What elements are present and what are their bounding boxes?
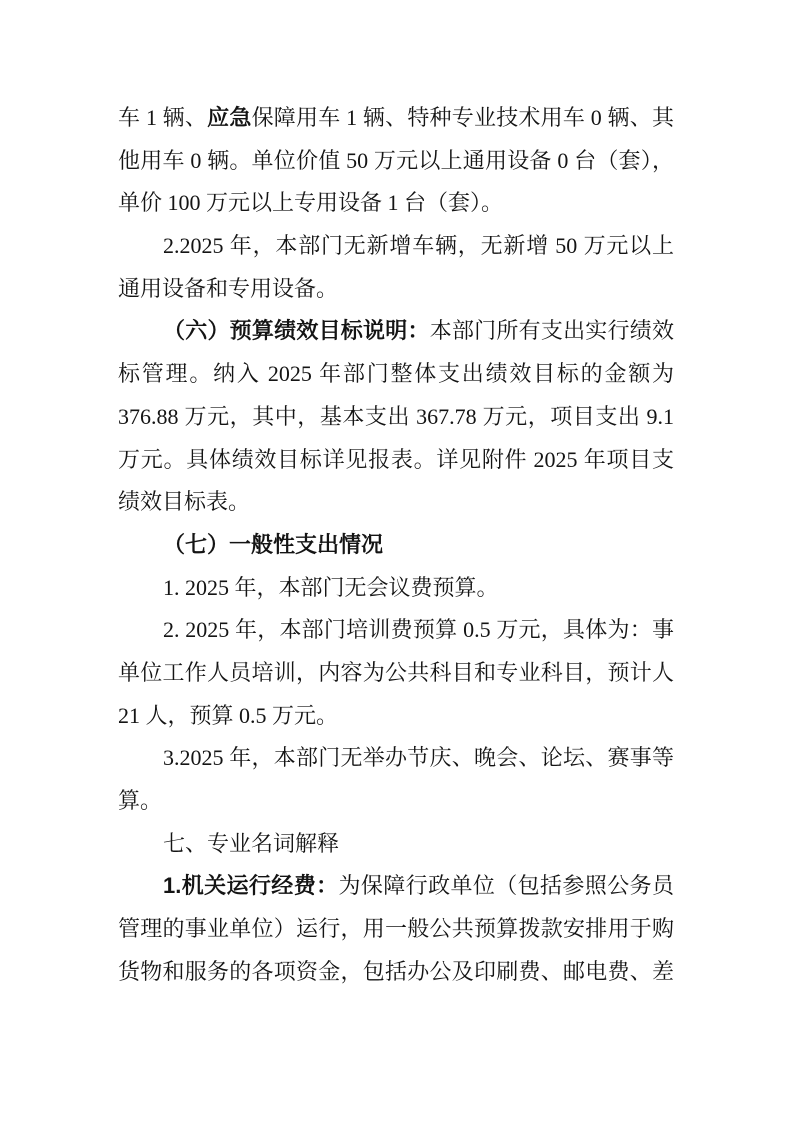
text-segment: 保障用车 1 辆、特种专业技术用车 0 辆、其 xyxy=(252,105,674,130)
text-line: 21 人，预算 0.5 万元。 xyxy=(118,695,674,738)
text-line: 七、专业名词解释 xyxy=(118,823,674,866)
text-line: 绩效目标表。 xyxy=(118,481,674,524)
text-line: 单价 100 万元以上专用设备 1 台（套）。 xyxy=(118,182,674,225)
text-segment: 管理的事业单位）运行，用一般公共预算拨款安排用于购买 xyxy=(118,916,674,951)
p-training-fee: 2. 2025 年，本部门培训费预算 0.5 万元，具体为：事业单位工作人员培训… xyxy=(118,609,674,737)
text-line: 3.2025 年，本部门无举办节庆、晚会、论坛、赛事等预 xyxy=(118,737,674,780)
text-line: 通用设备和专用设备。 xyxy=(118,268,674,311)
text-line: 他用车 0 辆。单位价值 50 万元以上通用设备 0 台（套）， xyxy=(118,140,674,183)
text-segment: 1. 2025 年，本部门无会议费预算。 xyxy=(163,575,499,600)
text-segment: 单位工作人员培训，内容为公共科目和专业科目，预计人数 xyxy=(118,660,674,695)
p-no-events: 3.2025 年，本部门无举办节庆、晚会、论坛、赛事等预算。 xyxy=(118,737,674,822)
text-segment: 标管理。纳入 2025 年部门整体支出绩效目标的金额为 xyxy=(118,361,674,386)
bold-term: 应急 xyxy=(207,105,251,130)
text-line: 2.2025 年，本部门无新增车辆，无新增 50 万元以上的 xyxy=(118,225,674,268)
text-segment: 单价 100 万元以上专用设备 1 台（套）。 xyxy=(118,190,503,215)
text-line: 1. 2025 年，本部门无会议费预算。 xyxy=(118,567,674,610)
text-line: 标管理。纳入 2025 年部门整体支出绩效目标的金额为 xyxy=(118,353,674,396)
p-meeting-fee: 1. 2025 年，本部门无会议费预算。 xyxy=(118,567,674,610)
text-line: 376.88 万元，其中，基本支出 367.78 万元，项目支出 9.1 xyxy=(118,396,674,439)
text-segment: 货物和服务的各项资金，包括办公及印刷费、邮电费、差旅 xyxy=(118,959,674,994)
text-segment: 万元。具体绩效目标详见报表。详见附件 2025 年项目支出 xyxy=(118,447,674,482)
text-line: 1.机关运行经费：为保障行政单位（包括参照公务员法 xyxy=(118,865,674,908)
p-operating-funds-definition: 1.机关运行经费：为保障行政单位（包括参照公务员法管理的事业单位）运行，用一般公… xyxy=(118,865,674,993)
text-line: 货物和服务的各项资金，包括办公及印刷费、邮电费、差旅 xyxy=(118,951,674,994)
text-line: 算。 xyxy=(118,780,674,823)
section-heading: 七、专业名词解释 xyxy=(163,831,339,856)
text-segment: 3.2025 年，本部门无举办节庆、晚会、论坛、赛事等预 xyxy=(163,745,674,780)
text-segment: 他用车 0 辆。单位价值 50 万元以上通用设备 0 台（套）， xyxy=(118,148,674,173)
p-vehicles-equipment-continued: 车 1 辆、应急保障用车 1 辆、特种专业技术用车 0 辆、其他用车 0 辆。单… xyxy=(118,97,674,225)
bold-term: （六）预算绩效目标说明： xyxy=(163,318,430,343)
bold-term: （七）一般性支出情况 xyxy=(163,532,383,557)
text-line: 2. 2025 年，本部门培训费预算 0.5 万元，具体为：事业 xyxy=(118,609,674,652)
p-general-expenditure-heading: （七）一般性支出情况 xyxy=(118,524,674,567)
text-segment: 绩效目标表。 xyxy=(118,489,250,514)
text-line: （六）预算绩效目标说明：本部门所有支出实行绩效目 xyxy=(118,310,674,353)
text-segment: 21 人，预算 0.5 万元。 xyxy=(118,703,338,728)
document-text: 车 1 辆、应急保障用车 1 辆、特种专业技术用车 0 辆、其他用车 0 辆。单… xyxy=(118,97,674,993)
bold-term: 1.机关运行经费： xyxy=(163,873,339,898)
text-line: 万元。具体绩效目标详见报表。详见附件 2025 年项目支出 xyxy=(118,439,674,482)
text-segment: 2.2025 年，本部门无新增车辆，无新增 50 万元以上的 xyxy=(163,233,674,268)
text-line: 车 1 辆、应急保障用车 1 辆、特种专业技术用车 0 辆、其 xyxy=(118,97,674,140)
text-segment: 376.88 万元，其中，基本支出 367.78 万元，项目支出 9.1 xyxy=(118,404,674,429)
p-performance-targets: （六）预算绩效目标说明：本部门所有支出实行绩效目标管理。纳入 2025 年部门整… xyxy=(118,310,674,523)
text-line: （七）一般性支出情况 xyxy=(118,524,674,567)
p-no-new-vehicles: 2.2025 年，本部门无新增车辆，无新增 50 万元以上的通用设备和专用设备。 xyxy=(118,225,674,310)
text-line: 单位工作人员培训，内容为公共科目和专业科目，预计人数 xyxy=(118,652,674,695)
text-segment: 通用设备和专用设备。 xyxy=(118,276,338,301)
text-segment: 车 1 辆、 xyxy=(118,105,207,130)
text-segment: 算。 xyxy=(118,788,162,813)
document-page: 车 1 辆、应急保障用车 1 辆、特种专业技术用车 0 辆、其他用车 0 辆。单… xyxy=(0,0,793,1122)
text-segment: 2. 2025 年，本部门培训费预算 0.5 万元，具体为：事业 xyxy=(163,617,674,652)
text-line: 管理的事业单位）运行，用一般公共预算拨款安排用于购买 xyxy=(118,908,674,951)
p-glossary-heading: 七、专业名词解释 xyxy=(118,823,674,866)
